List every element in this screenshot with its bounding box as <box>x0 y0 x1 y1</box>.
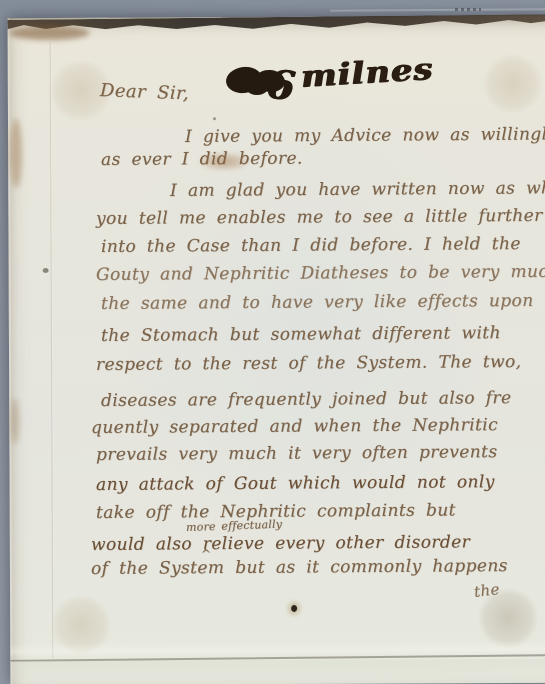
fold-shading <box>10 659 545 684</box>
photographed-letter-scene: Dear Sir, 6 milnes I give you my Advice … <box>0 0 545 684</box>
vertical-fold-line <box>50 42 54 658</box>
backing-sheet-edge <box>330 8 545 12</box>
scorch-mark <box>10 26 90 40</box>
ink-hole-speck <box>291 605 297 612</box>
adhesive-stain <box>483 54 543 114</box>
paper-edge-highlight <box>8 18 13 684</box>
scorch-mark <box>10 398 19 444</box>
letter-page <box>8 16 545 684</box>
scorch-mark <box>10 118 22 188</box>
adhesive-stain <box>50 60 112 122</box>
paper-speck <box>43 268 49 273</box>
paper-speck <box>213 117 216 120</box>
adhesive-stain <box>478 588 538 648</box>
backing-sheet-specks <box>455 8 481 11</box>
